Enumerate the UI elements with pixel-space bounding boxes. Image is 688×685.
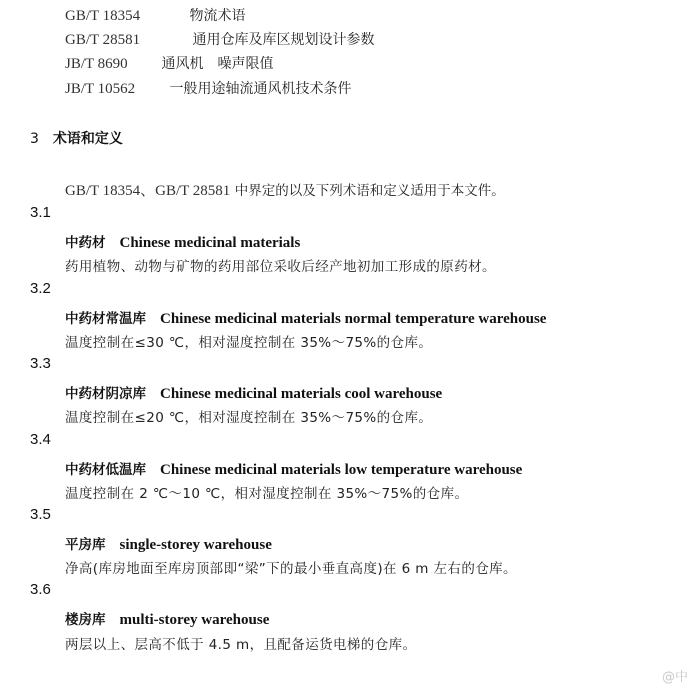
term-definition: 净高(库房地面至库房顶部即“梁”下的最小垂直高度)在 6 m 左右的仓库。 — [65, 557, 517, 577]
term-zh: 中药材 — [65, 235, 106, 251]
term-number: 3.2 — [30, 280, 51, 297]
reference-item: JB/T 8690 通风机 噪声限值 — [65, 53, 273, 73]
term-title: 中药材常温库Chinese medicinal materials normal… — [65, 307, 546, 328]
term-zh: 楼房库 — [65, 612, 106, 628]
intro-text: 中界定的以及下列术语和定义适用于本文件。 — [235, 183, 505, 199]
term-en: single-storey warehouse — [120, 537, 272, 553]
intro-codes: GB/T 18354、GB/T 28581 — [65, 183, 230, 199]
term-en: multi-storey warehouse — [120, 612, 270, 628]
reference-item: GB/T 28581 通用仓库及库区规划设计参数 — [65, 29, 374, 49]
term-title: 中药材低温库Chinese medicinal materials low te… — [65, 458, 522, 479]
reference-title: 通风机 噪声限值 — [161, 56, 273, 72]
section-title: 术语和定义 — [53, 131, 123, 147]
term-definition: 药用植物、动物与矿物的药用部位采收后经产地初加工形成的原药材。 — [65, 255, 496, 275]
reference-title: 一般用途轴流通风机技术条件 — [169, 81, 351, 97]
term-number: 3.3 — [30, 355, 51, 372]
term-definition: 两层以上、层高不低于 4.5 m，且配备运货电梯的仓库。 — [65, 633, 416, 653]
section-heading: 3术语和定义 — [30, 128, 123, 148]
reference-title: 通用仓库及库区规划设计参数 — [192, 32, 374, 48]
term-title: 中药材阴凉库Chinese medicinal materials cool w… — [65, 382, 442, 403]
term-title: 楼房库multi-storey warehouse — [65, 608, 269, 629]
reference-item: JB/T 10562 一般用途轴流通风机技术条件 — [65, 78, 351, 98]
term-zh: 中药材低温库 — [65, 462, 146, 478]
reference-title: 物流术语 — [189, 8, 245, 24]
section-number: 3 — [30, 131, 39, 147]
term-number: 3.4 — [30, 431, 51, 448]
term-definition: 温度控制在 2 ℃～10 ℃，相对湿度控制在 35%～75%的仓库。 — [65, 482, 468, 502]
watermark: @中 — [662, 666, 688, 685]
term-zh: 中药材阴凉库 — [65, 386, 146, 402]
term-en: Chinese medicinal materials cool warehou… — [160, 386, 442, 402]
reference-code: JB/T 8690 — [65, 56, 157, 73]
term-number: 3.1 — [30, 204, 51, 221]
term-zh: 中药材常温库 — [65, 311, 146, 327]
reference-code: GB/T 28581 — [65, 32, 188, 49]
term-zh: 平房库 — [65, 537, 106, 553]
intro-paragraph: GB/T 18354、GB/T 28581 中界定的以及下列术语和定义适用于本文… — [65, 179, 505, 200]
term-number: 3.5 — [30, 506, 51, 523]
reference-code: JB/T 10562 — [65, 81, 165, 98]
term-title: 平房库single-storey warehouse — [65, 533, 272, 554]
reference-item: GB/T 18354 物流术语 — [65, 5, 245, 25]
term-definition: 温度控制在≤20 ℃，相对湿度控制在 35%～75%的仓库。 — [65, 406, 432, 426]
reference-code: GB/T 18354 — [65, 8, 185, 25]
term-en: Chinese medicinal materials low temperat… — [160, 462, 522, 478]
term-en: Chinese medicinal materials normal tempe… — [160, 311, 546, 327]
term-number: 3.6 — [30, 581, 51, 598]
term-en: Chinese medicinal materials — [120, 235, 301, 251]
term-title: 中药材Chinese medicinal materials — [65, 231, 300, 252]
term-definition: 温度控制在≤30 ℃，相对湿度控制在 35%～75%的仓库。 — [65, 331, 432, 351]
